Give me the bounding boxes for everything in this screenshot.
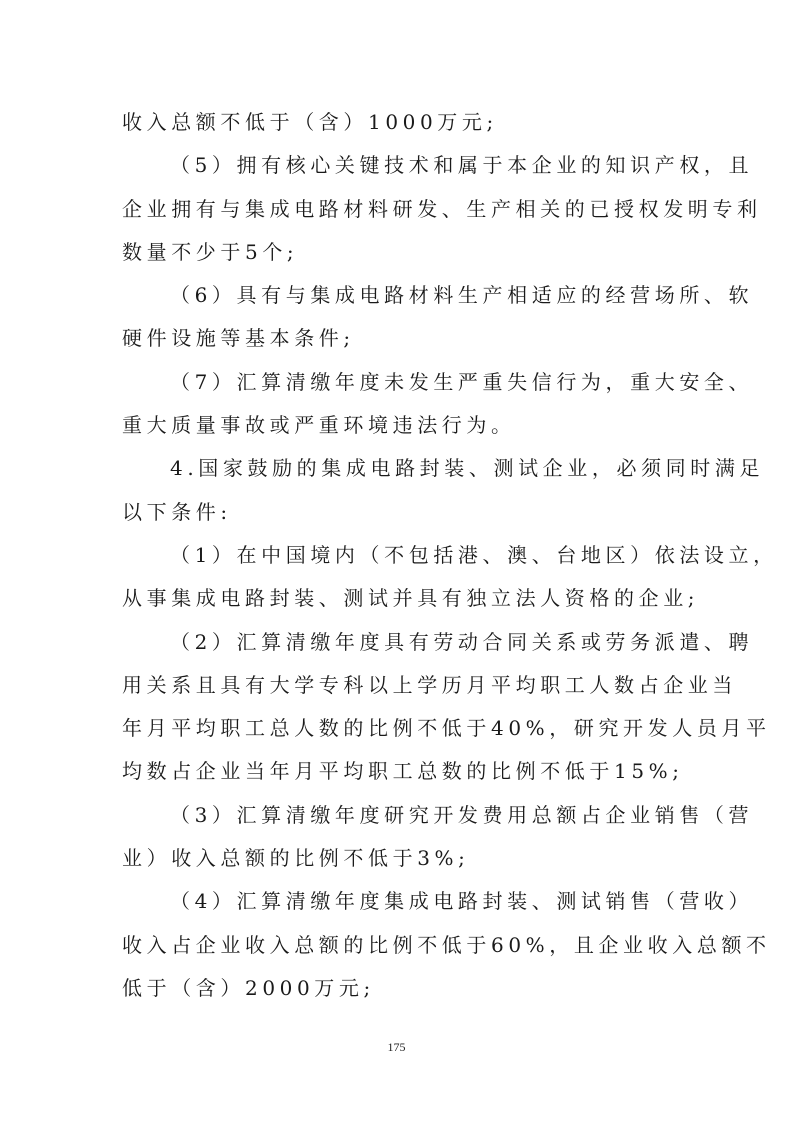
text-line: （6）具有与集成电路材料生产相适应的经营场所、软 (122, 277, 682, 320)
text-line: 重大质量事故或严重环境违法行为。 (122, 407, 682, 450)
text-line: 业）收入总额的比例不低于3%; (122, 840, 682, 883)
text-line: 用关系且具有大学专科以上学历月平均职工人数占企业当 (122, 667, 682, 710)
text-line: 4.国家鼓励的集成电路封装、测试企业，必须同时满足 (122, 450, 682, 493)
body-text: 收入总额不低于（含）1000万元; （5）拥有核心关键技术和属于本企业的知识产权… (122, 104, 682, 1013)
text-line: 企业拥有与集成电路材料研发、生产相关的已授权发明专利 (122, 191, 682, 234)
text-line: （4）汇算清缴年度集成电路封装、测试销售（营收） (122, 883, 682, 926)
text-line: 收入总额不低于（含）1000万元; (122, 104, 682, 147)
text-line: （2）汇算清缴年度具有劳动合同关系或劳务派遣、聘 (122, 624, 682, 667)
document-page: 收入总额不低于（含）1000万元; （5）拥有核心关键技术和属于本企业的知识产权… (0, 0, 793, 1122)
text-line: （3）汇算清缴年度研究开发费用总额占企业销售（营 (122, 797, 682, 840)
text-line: 数量不少于5个; (122, 234, 682, 277)
text-line: 以下条件: (122, 494, 682, 537)
text-line: 年月平均职工总人数的比例不低于40%，研究开发人员月平 (122, 710, 682, 753)
text-line: （7）汇算清缴年度未发生严重失信行为，重大安全、 (122, 364, 682, 407)
text-line: 低于（含）2000万元; (122, 970, 682, 1013)
text-line: 从事集成电路封装、测试并具有独立法人资格的企业; (122, 580, 682, 623)
text-line: 均数占企业当年月平均职工总数的比例不低于15%; (122, 753, 682, 796)
text-line: （5）拥有核心关键技术和属于本企业的知识产权，且 (122, 147, 682, 190)
text-line: （1）在中国境内（不包括港、澳、台地区）依法设立， (122, 537, 682, 580)
text-line: 硬件设施等基本条件; (122, 320, 682, 363)
text-line: 收入占企业收入总额的比例不低于60%，且企业收入总额不 (122, 927, 682, 970)
page-number: 175 (0, 1040, 793, 1055)
